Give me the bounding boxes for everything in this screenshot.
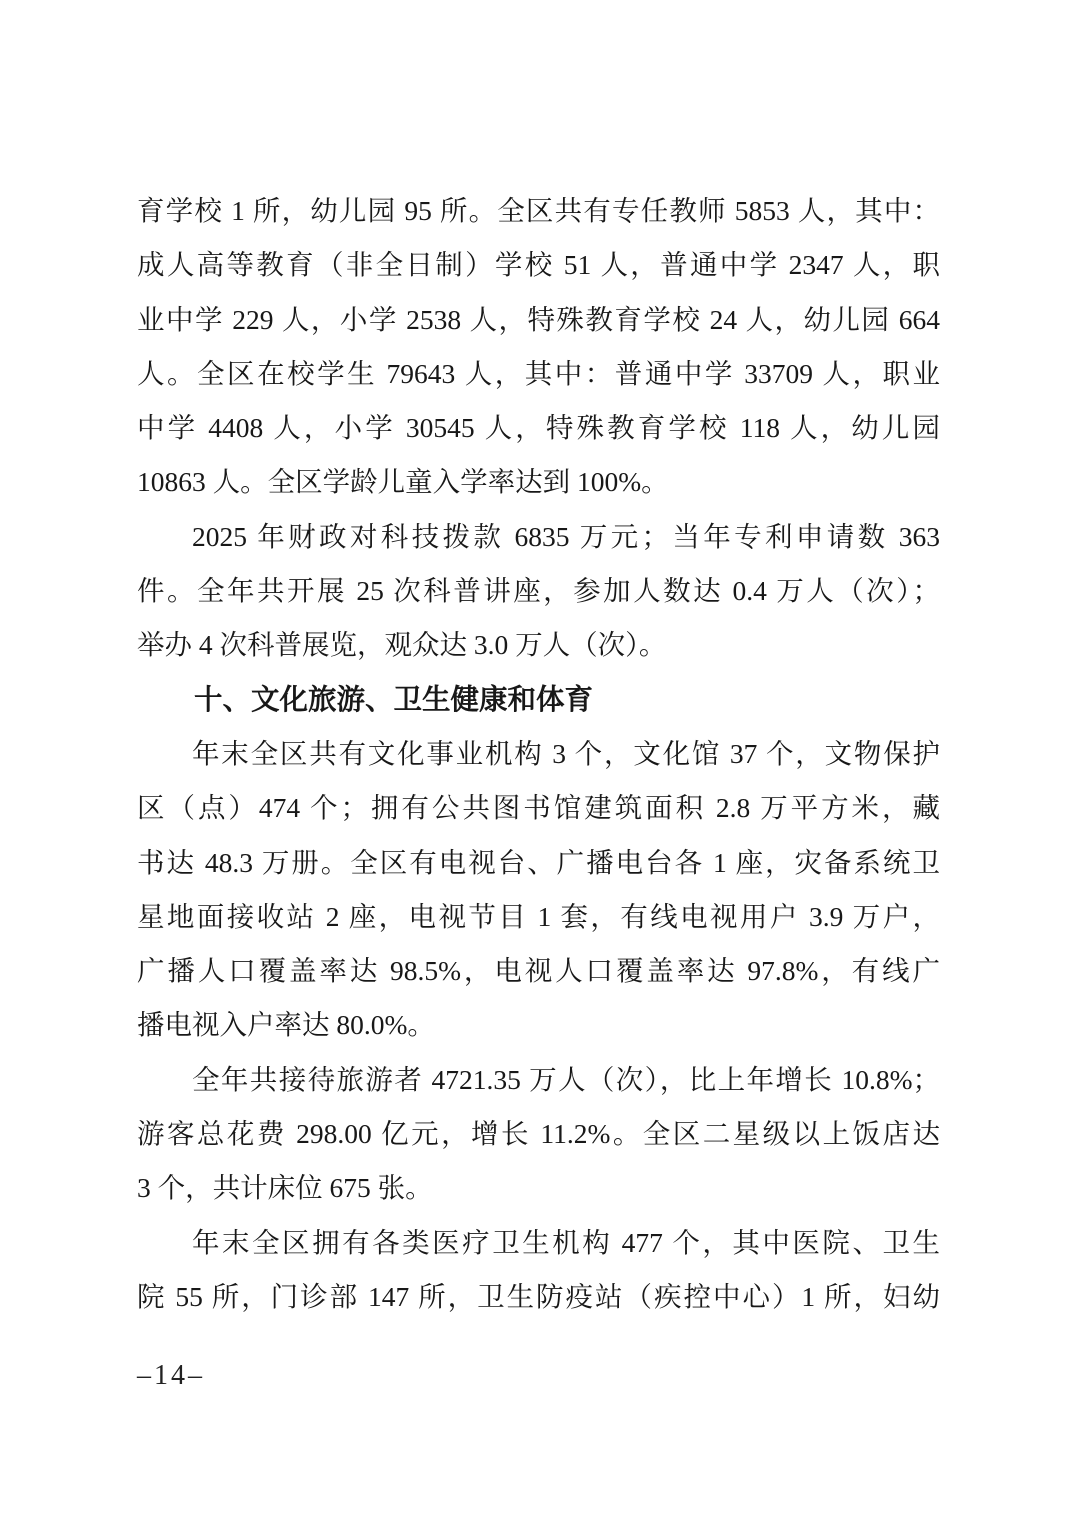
text-line: 举办 4 次科普展览，观众达 3.0 万人（次）。 — [137, 618, 940, 672]
text-line: 3 个，共计床位 675 张。 — [137, 1161, 940, 1215]
section-heading: 十、文化旅游、卫生健康和体育 — [137, 673, 940, 727]
text-line: 星地面接收站 2 座，电视节目 1 套，有线电视用户 3.9 万户， — [137, 890, 940, 944]
text-line: 播电视入户率达 80.0%。 — [137, 998, 940, 1052]
page-number: –14– — [137, 1356, 205, 1396]
text-line: 2025 年财政对科技拨款 6835 万元；当年专利申请数 363 — [137, 510, 940, 564]
text-line: 件。全年共开展 25 次科普讲座，参加人数达 0.4 万人（次）； — [137, 564, 940, 618]
text-line: 10863 人。全区学龄儿童入学率达到 100%。 — [137, 455, 940, 509]
text-line: 区（点）474 个；拥有公共图书馆建筑面积 2.8 万平方米，藏 — [137, 781, 940, 835]
text-line: 院 55 所，门诊部 147 所，卫生防疫站（疾控中心）1 所，妇幼 — [137, 1270, 940, 1324]
text-line: 年末全区共有文化事业机构 3 个，文化馆 37 个，文物保护 — [137, 727, 940, 781]
text-line: 年末全区拥有各类医疗卫生机构 477 个，其中医院、卫生 — [137, 1216, 940, 1270]
document-page: 育学校 1 所，幼儿园 95 所。全区共有专任教师 5853 人，其中： 成人高… — [0, 0, 1074, 1520]
text-line: 成人高等教育（非全日制）学校 51 人，普通中学 2347 人，职 — [137, 238, 940, 292]
text-line: 全年共接待旅游者 4721.35 万人（次），比上年增长 10.8%； — [137, 1053, 940, 1107]
text-line: 游客总花费 298.00 亿元，增长 11.2%。全区二星级以上饭店达 — [137, 1107, 940, 1161]
text-line: 中学 4408 人，小学 30545 人，特殊教育学校 118 人，幼儿园 — [137, 401, 940, 455]
text-line: 业中学 229 人，小学 2538 人，特殊教育学校 24 人，幼儿园 664 — [137, 293, 940, 347]
text-line: 育学校 1 所，幼儿园 95 所。全区共有专任教师 5853 人，其中： — [137, 184, 940, 238]
text-line: 广播人口覆盖率达 98.5%，电视人口覆盖率达 97.8%，有线广 — [137, 944, 940, 998]
body-text: 育学校 1 所，幼儿园 95 所。全区共有专任教师 5853 人，其中： 成人高… — [137, 184, 940, 1324]
text-line: 书达 48.3 万册。全区有电视台、广播电台各 1 座，灾备系统卫 — [137, 836, 940, 890]
text-line: 人。全区在校学生 79643 人，其中：普通中学 33709 人，职业 — [137, 347, 940, 401]
